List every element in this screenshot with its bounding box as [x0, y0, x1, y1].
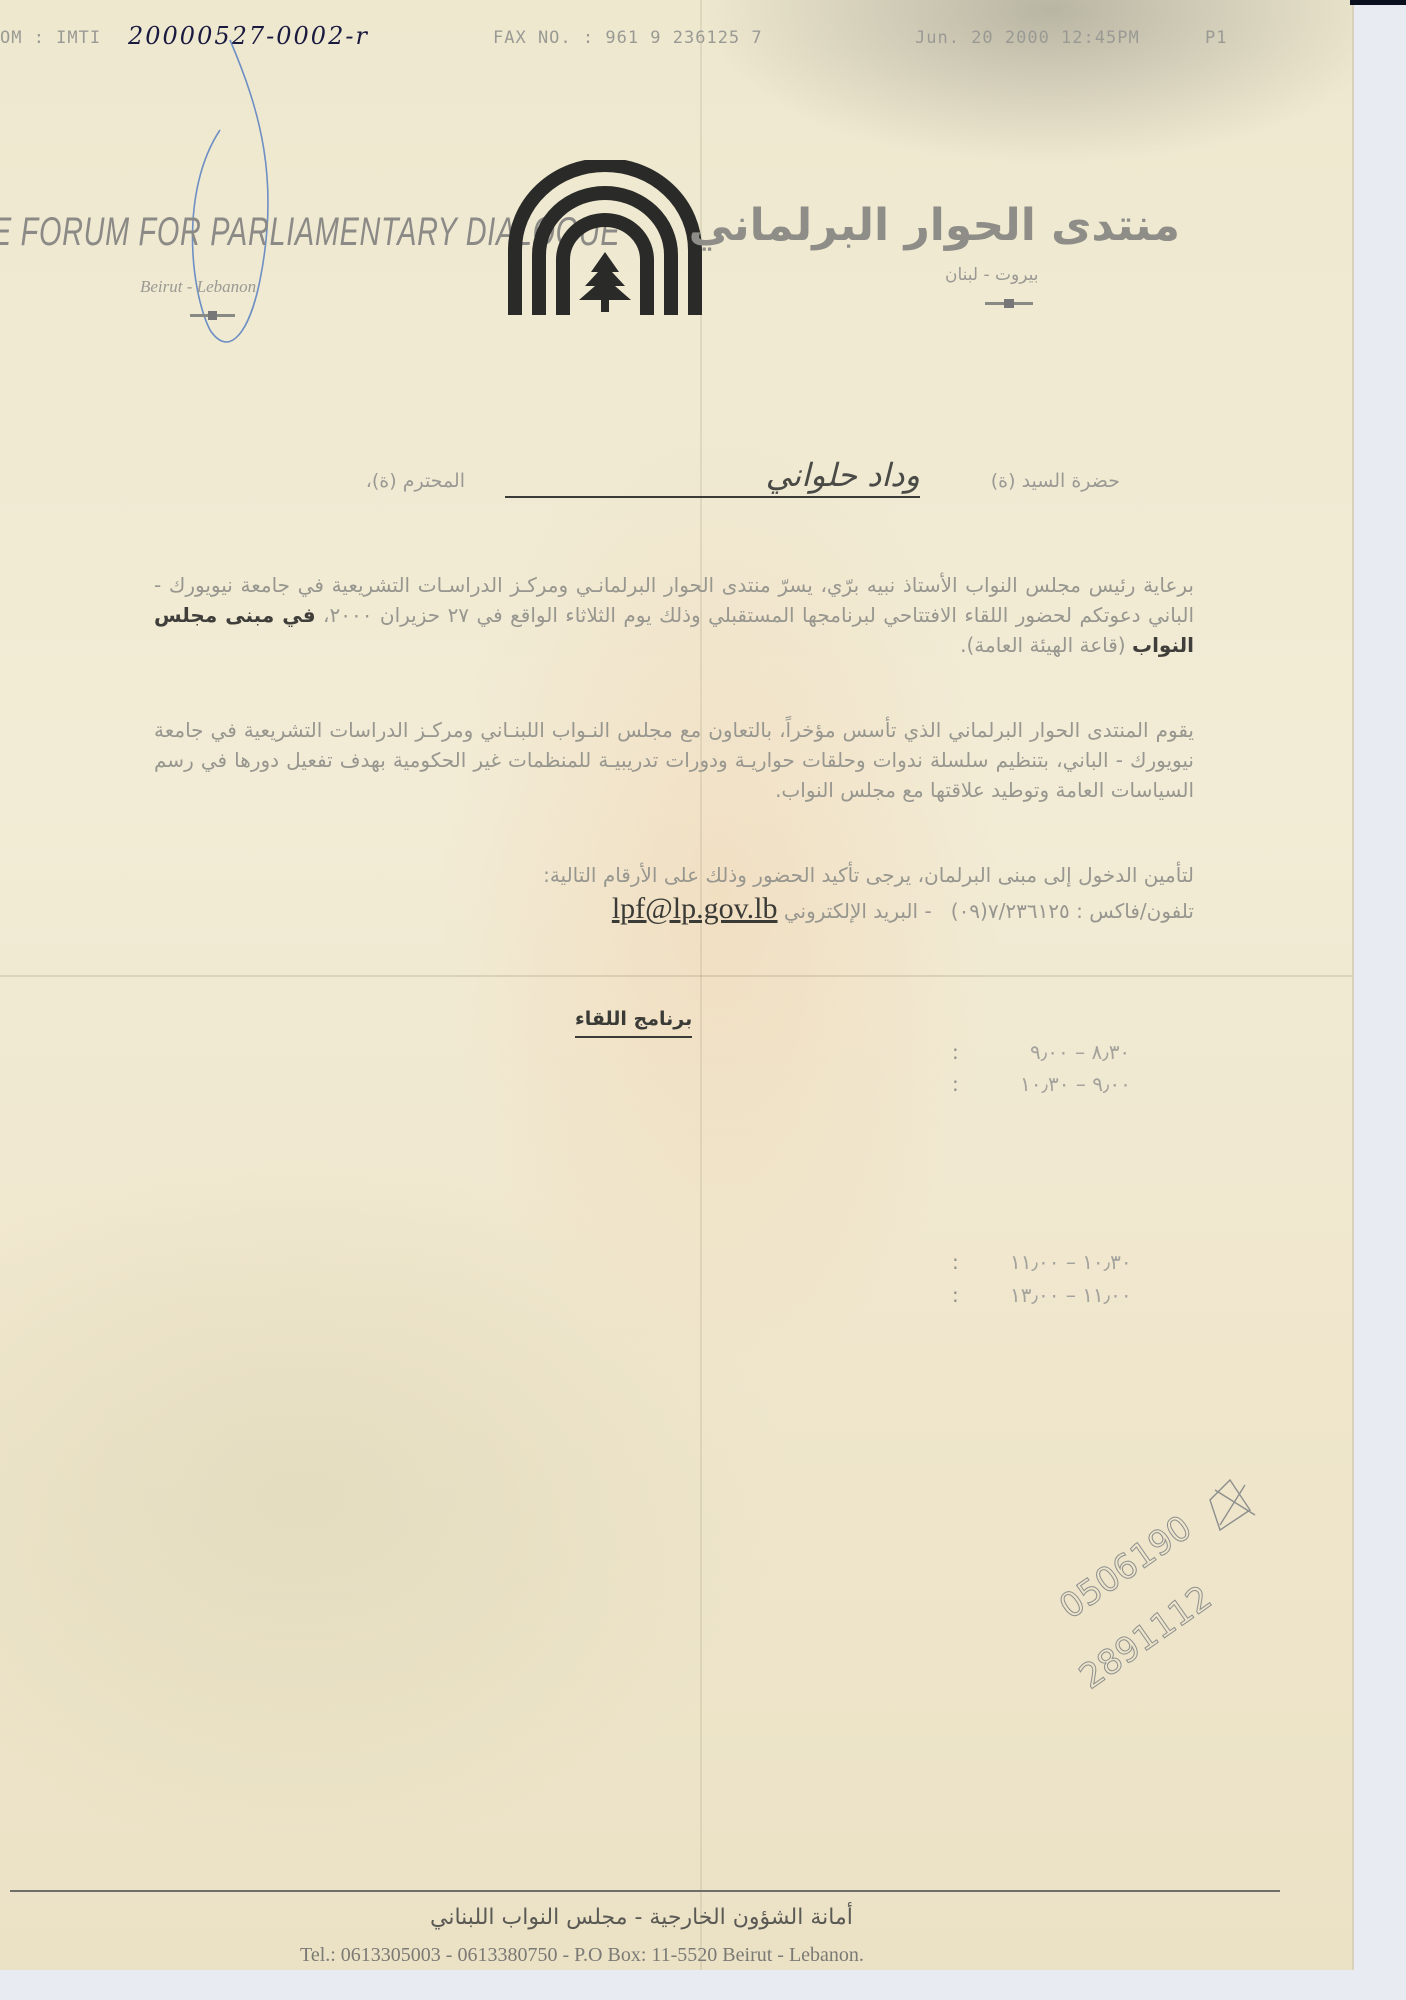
- scanner-edge: [1350, 0, 1406, 5]
- schedule-time: ١١٫٠٠ – ١٣٫٠٠: [1010, 1283, 1132, 1307]
- fax-from: OM : IMTI: [0, 28, 101, 48]
- arches-cedar-logo-icon: [505, 160, 705, 315]
- organization-city-arabic: بيروت - لبنان: [945, 265, 1039, 285]
- fax-page: P1: [1205, 28, 1227, 48]
- invitation-paragraph: برعاية رئيس مجلس النواب الأستاذ نبيه برّ…: [154, 570, 1194, 660]
- footer-contact-english: Tel.: 0613305003 - 0613380750 - P.O Box:…: [300, 1944, 864, 1967]
- organization-city-english: Beirut - Lebanon: [140, 277, 256, 297]
- separator: :: [952, 1040, 959, 1064]
- footer-divider: [10, 1890, 1280, 1892]
- schedule-time: ١٠٫٣٠ – ١١٫٠٠: [1010, 1250, 1132, 1274]
- email-link[interactable]: lpf@lp.gov.lb: [612, 892, 778, 925]
- fax-timestamp: Jun. 20 2000 12:45PM: [915, 28, 1140, 48]
- ornament-divider: [190, 314, 235, 317]
- separator: :: [952, 1250, 959, 1274]
- email-label: - البريد الإلكتروني: [784, 899, 932, 923]
- phone-fax-number: تلفون/فاكس : ٧/٢٣٦١٢٥(٠٩): [951, 899, 1194, 923]
- organization-name-arabic: منتدى الحوار البرلماني: [689, 200, 1180, 251]
- separator: :: [952, 1283, 959, 1307]
- salutation-prefix: حضرة السيد (ة): [991, 470, 1120, 492]
- recipient-underline: [505, 496, 920, 498]
- footer-department-arabic: أمانة الشؤون الخارجية - مجلس النواب اللب…: [430, 1905, 853, 1930]
- schedule-time: ٩٫٠٠ – ١٠٫٣٠: [1020, 1072, 1131, 1096]
- fax-number: FAX NO. : 961 9 236125 7: [493, 28, 763, 48]
- schedule-time: ٨٫٣٠ – ٩٫٠٠: [1030, 1040, 1130, 1064]
- forum-description-paragraph: يقوم المنتدى الحوار البرلماني الذي تأسس …: [154, 715, 1194, 805]
- recipient-name-handwritten: وداد حلواني: [766, 456, 920, 494]
- program-title: برنامج اللقاء: [575, 1008, 692, 1038]
- scanned-letter-page: OM : IMTI FAX NO. : 961 9 236125 7 Jun. …: [0, 0, 1352, 1970]
- ornament-divider: [985, 302, 1033, 305]
- paper-fold-horizontal: [0, 975, 1352, 977]
- blue-pen-mark: [150, 30, 310, 370]
- pencil-annotation: 0506190 2891112: [1050, 1470, 1290, 1710]
- separator: :: [952, 1072, 959, 1096]
- salutation-suffix: المحترم (ة)،: [366, 470, 465, 492]
- rsvp-paragraph: لتأمين الدخول إلى مبنى البرلمان، يرجى تأ…: [154, 860, 1194, 926]
